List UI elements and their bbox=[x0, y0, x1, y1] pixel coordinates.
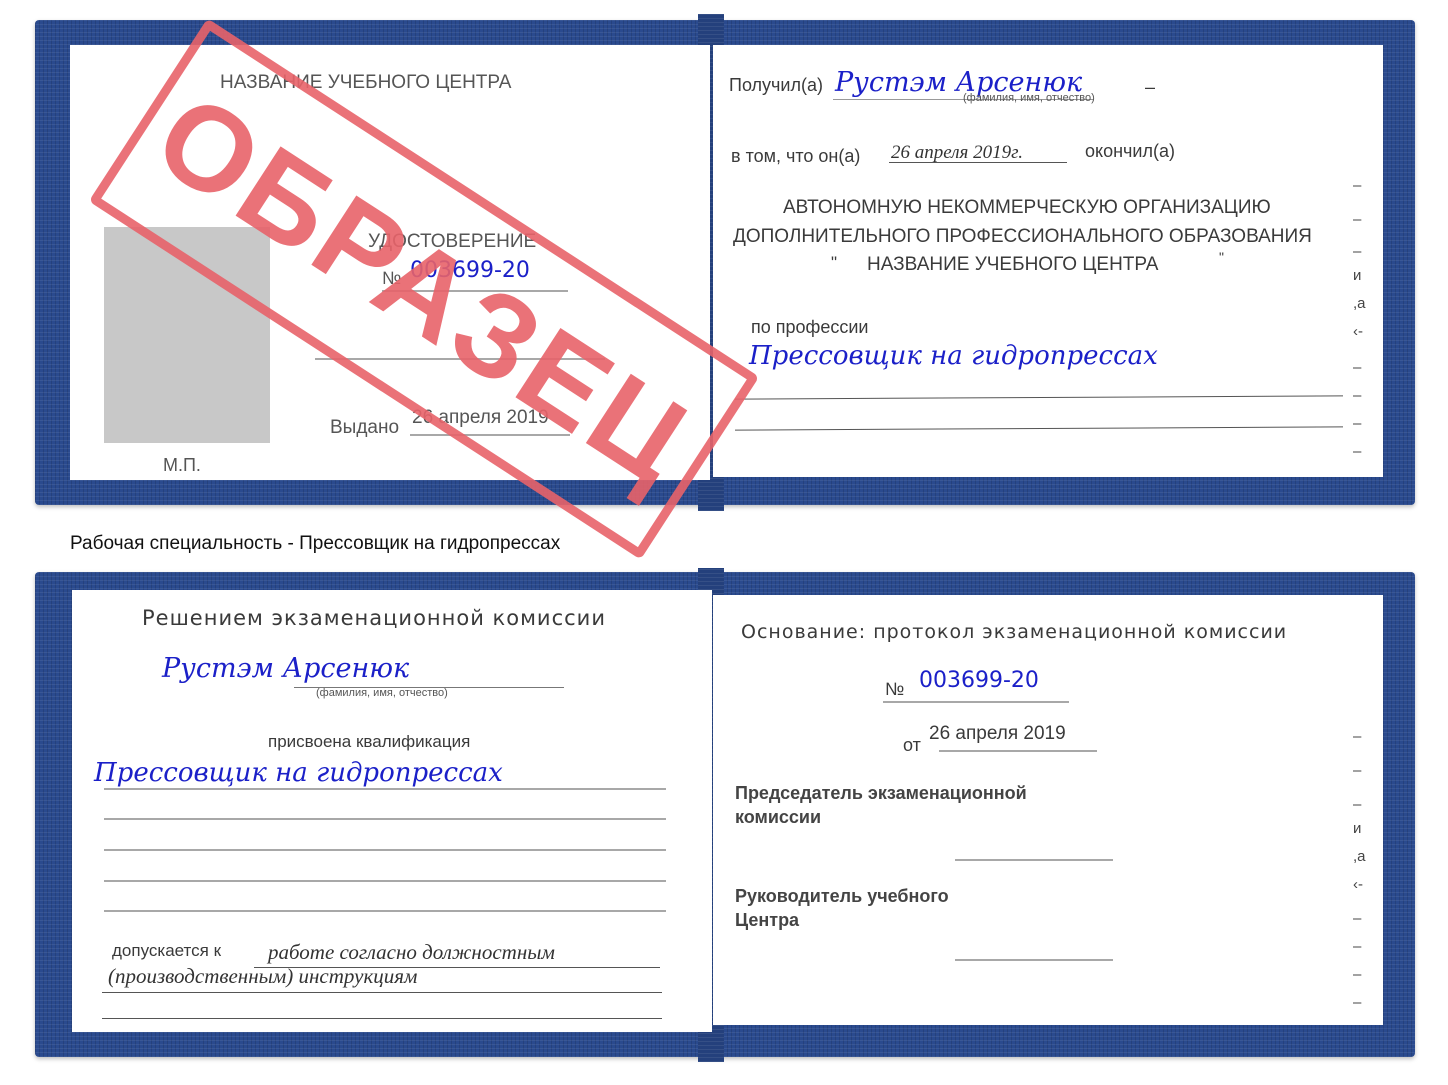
chairman-signature-line bbox=[955, 859, 1113, 861]
qualification-value: Прессовщик на гидропрессах bbox=[94, 758, 503, 788]
qualification-line-4 bbox=[104, 880, 666, 882]
seal-label: М.П. bbox=[163, 455, 201, 476]
qualification-line-5 bbox=[104, 910, 666, 912]
admitted-underline-2 bbox=[102, 992, 662, 993]
basis-text: Основание: протокол экзаменационной коми… bbox=[741, 621, 1287, 643]
profession-underline-2 bbox=[735, 426, 1343, 430]
qualification-line-2 bbox=[104, 818, 666, 820]
org-line-2: ДОПОЛНИТЕЛЬНОГО ПРОФЕССИОНАЛЬНОГО ОБРАЗО… bbox=[733, 226, 1312, 248]
head-signature-line bbox=[955, 959, 1113, 961]
protocol-from-date: 26 апреля 2019 bbox=[929, 723, 1066, 745]
profession-value: Прессовщик на гидропрессах bbox=[749, 341, 1158, 371]
bottom-right-page: Основание: протокол экзаменационной коми… bbox=[713, 595, 1383, 1025]
protocol-from-label: от bbox=[903, 735, 921, 756]
head-line-2: Центра bbox=[735, 910, 799, 931]
org-quote-close: " bbox=[1219, 249, 1224, 265]
head-line-1: Руководитель учебного bbox=[735, 886, 949, 907]
bottom-left-page: Решением экзаменационной комиссии Рустэм… bbox=[72, 590, 712, 1032]
caption: Рабочая специальность - Прессовщик на ги… bbox=[70, 533, 560, 555]
org-quote-open: " bbox=[831, 253, 837, 273]
protocol-from-underline bbox=[939, 750, 1097, 752]
qualification-label: присвоена квалификация bbox=[268, 732, 470, 752]
received-dash: – bbox=[1145, 77, 1155, 98]
admitted-underline-3 bbox=[102, 1018, 662, 1019]
admitted-line-2: (производственным) инструкциям bbox=[108, 964, 417, 989]
chairman-line-1: Председатель экзаменационной bbox=[735, 783, 1027, 804]
that-date: 26 апреля 2019г. bbox=[891, 142, 1023, 164]
org-line-1: АВТОНОМНУЮ НЕКОММЕРЧЕСКУЮ ОРГАНИЗАЦИЮ bbox=[783, 197, 1271, 219]
name-fio-hint: (фамилия, имя, отчество) bbox=[316, 687, 448, 699]
protocol-number-label: № bbox=[885, 679, 904, 700]
profession-label: по профессии bbox=[751, 317, 868, 338]
finished-label: окончил(а) bbox=[1085, 141, 1175, 162]
commission-heading: Решением экзаменационной комиссии bbox=[142, 606, 606, 630]
protocol-number-value: 003699-20 bbox=[919, 668, 1039, 693]
chairman-line-2: комиссии bbox=[735, 807, 821, 828]
received-label: Получил(а) bbox=[729, 75, 823, 96]
issued-label: Выдано bbox=[330, 417, 399, 439]
profession-underline-1 bbox=[735, 395, 1343, 399]
that-label: в том, что он(а) bbox=[731, 146, 860, 167]
top-right-page: Получил(а) Рустэм Арсенюк (фамилия, имя,… bbox=[713, 45, 1383, 477]
admitted-label: допускается к bbox=[112, 941, 221, 961]
that-underline bbox=[889, 162, 1067, 163]
graduate-name: Рустэм Арсенюк bbox=[162, 653, 409, 684]
received-fio-hint: (фамилия, имя, отчество) bbox=[963, 92, 1095, 104]
protocol-number-underline bbox=[883, 701, 1069, 703]
admitted-line-1: работе согласно должностным bbox=[268, 940, 555, 965]
qualification-line-3 bbox=[104, 849, 666, 851]
qualification-line-1 bbox=[104, 788, 666, 790]
org-line-3: НАЗВАНИЕ УЧЕБНОГО ЦЕНТРА bbox=[867, 254, 1159, 276]
